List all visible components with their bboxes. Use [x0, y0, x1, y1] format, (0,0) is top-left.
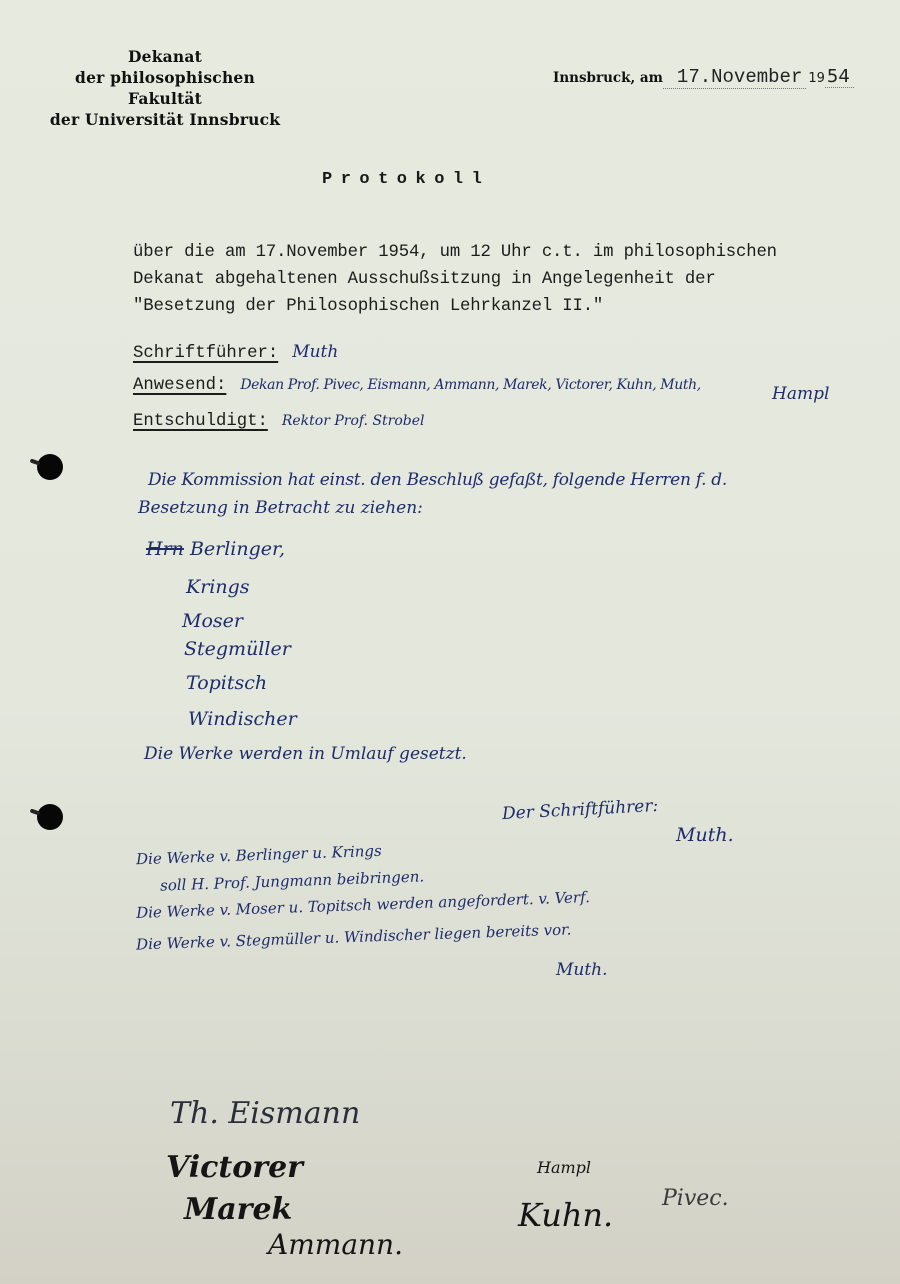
- field-anwesend: Anwesend: Dekan Prof. Pivec, Eismann, Am…: [133, 376, 701, 395]
- signoff-label: Der Schriftführer:: [502, 796, 659, 824]
- year-prefix: 19: [808, 71, 825, 86]
- body-line-2: Besetzung in Betracht zu ziehen:: [138, 498, 423, 518]
- signature-victorer: Victorer: [166, 1150, 303, 1185]
- entschuldigt-label: Entschuldigt:: [133, 412, 268, 431]
- signoff-signature: Muth.: [676, 824, 734, 846]
- intro-line-1: über die am 17.November 1954, um 12 Uhr …: [133, 239, 777, 266]
- intro-paragraph: über die am 17.November 1954, um 12 Uhr …: [133, 239, 777, 320]
- signature-eismann: Th. Eismann: [170, 1096, 360, 1131]
- document-title: Protokoll: [322, 170, 490, 189]
- candidate-name: Moser: [182, 610, 243, 632]
- signature-ammann: Ammann.: [268, 1228, 403, 1261]
- candidate-name: Windischer: [188, 708, 297, 730]
- candidate-name: Stegmüller: [184, 638, 291, 660]
- entschuldigt-value: Rektor Prof. Strobel: [282, 413, 425, 429]
- anwesend-label: Anwesend:: [133, 376, 226, 395]
- schriftfuehrer-value: Muth: [292, 342, 338, 362]
- letterhead-line-2: der philosophischen Fakultät: [40, 67, 290, 109]
- body-line-1: Die Kommission hat einst. den Beschluß g…: [148, 470, 727, 490]
- intro-line-2: Dekanat abgehaltenen Ausschußsitzung in …: [133, 266, 777, 293]
- candidate-name: Berlinger,: [190, 538, 285, 560]
- letterhead-line-3: der Universität Innsbruck: [40, 109, 290, 130]
- anwesend-value-line-2: Hampl: [772, 384, 829, 404]
- addendum-line-3: Die Werke v. Moser u. Topitsch werden an…: [136, 888, 590, 922]
- punch-hole-top: [37, 454, 63, 480]
- addendum-line-2: soll H. Prof. Jungmann beibringen.: [160, 867, 425, 894]
- addendum-line-4: Die Werke v. Stegmüller u. Windischer li…: [136, 920, 572, 953]
- letterhead: Dekanat der philosophischen Fakultät der…: [40, 46, 290, 130]
- intro-line-3: "Besetzung der Philosophischen Lehrkanze…: [133, 293, 777, 320]
- schriftfuehrer-label: Schriftführer:: [133, 344, 278, 363]
- signature-marek: Marek: [184, 1192, 292, 1227]
- addendum-line-1: Die Werke v. Berlinger u. Krings: [136, 842, 382, 869]
- candidate-name: Krings: [186, 576, 250, 598]
- date-typed: 17.November: [677, 66, 802, 88]
- letterhead-line-1: Dekanat: [40, 46, 290, 67]
- year-typed: 54: [827, 66, 850, 87]
- place-date: Innsbruck, am17.November1954: [553, 66, 854, 89]
- candidate-first: Hrn Berlinger,: [146, 538, 285, 560]
- place-label: Innsbruck, am: [553, 70, 663, 86]
- anwesend-value: Dekan Prof. Pivec, Eismann, Ammann, Mare…: [240, 377, 700, 393]
- body-closing: Die Werke werden in Umlauf gesetzt.: [144, 744, 467, 764]
- struck-word: Hrn: [146, 538, 184, 560]
- field-entschuldigt: Entschuldigt: Rektor Prof. Strobel: [133, 412, 425, 431]
- document-page: Dekanat der philosophischen Fakultät der…: [0, 0, 900, 1284]
- candidate-name: Topitsch: [186, 672, 267, 694]
- field-schriftfuehrer: Schriftführer: Muth: [133, 342, 338, 363]
- addendum-signature: Muth.: [556, 960, 608, 980]
- signature-kuhn: Kuhn.: [518, 1196, 613, 1234]
- signature-hampl: Hampl: [537, 1158, 591, 1177]
- signature-pivec: Pivec.: [662, 1186, 729, 1211]
- punch-hole-bottom: [37, 804, 63, 830]
